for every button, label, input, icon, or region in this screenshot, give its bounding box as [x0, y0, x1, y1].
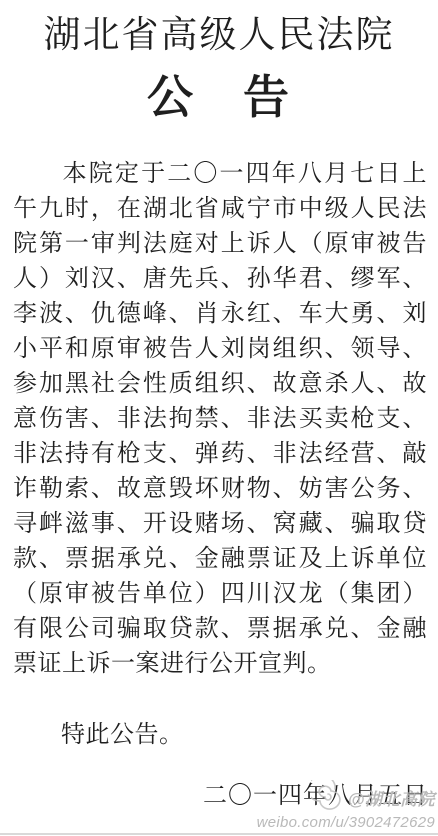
court-notice-document: 湖北省高级人民法院 公 告 本院定于二〇一四年八月七日上午九时，在湖北省咸宁市中… [0, 0, 438, 836]
bottom-edge-divider [0, 833, 438, 835]
notice-title: 公 告 [0, 73, 438, 124]
court-name-heading: 湖北省高级人民法院 [0, 16, 438, 57]
notice-date: 二〇一四年八月五日 [203, 779, 428, 814]
weibo-profile-url: weibo.com/u/3902472629 [257, 814, 435, 831]
notice-body-text: 本院定于二〇一四年八月七日上午九时，在湖北省咸宁市中级人民法院第一审判法庭对上诉… [13, 161, 427, 677]
notice-closing-line: 特此公告。 [0, 718, 438, 753]
notice-body-paragraph: 本院定于二〇一四年八月七日上午九时，在湖北省咸宁市中级人民法院第一审判法庭对上诉… [0, 157, 438, 682]
